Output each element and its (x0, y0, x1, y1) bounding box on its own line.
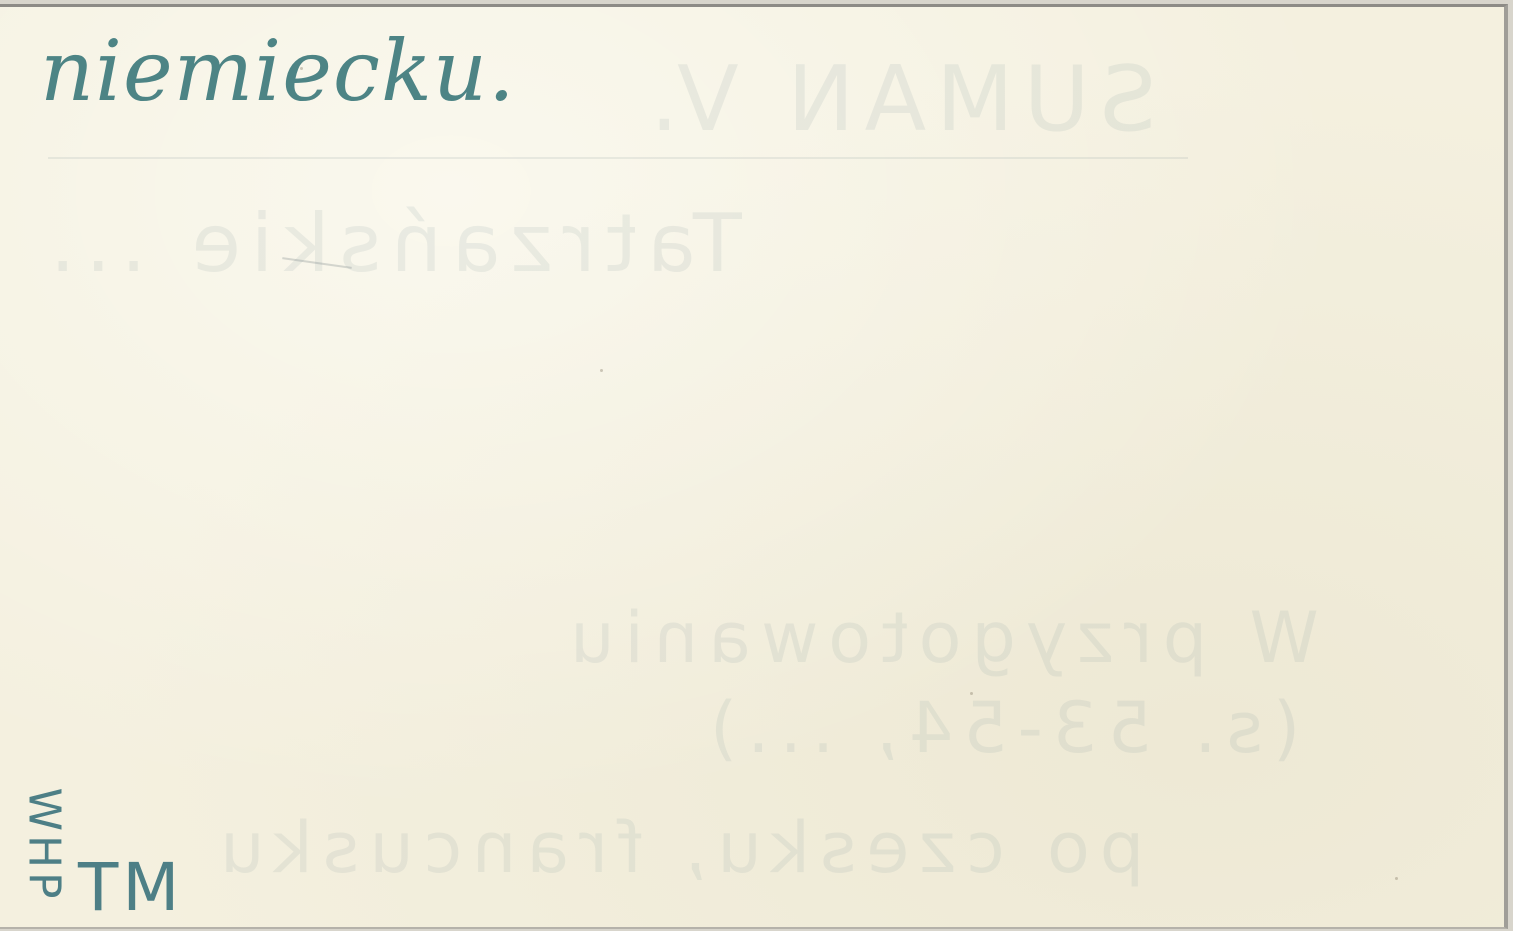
ghost-line-6: (s. 53-54, ...) (700, 687, 1300, 769)
paper-speck (970, 692, 973, 695)
paper-speck (1395, 877, 1398, 880)
ghost-rule-line (48, 157, 1188, 159)
marginal-initials: TM (78, 855, 183, 921)
paper-scratch (282, 257, 352, 269)
ghost-line-5: W przygotowaniu (560, 597, 1319, 679)
marginal-initials-vertical: WHP (14, 785, 74, 905)
handwritten-headword: niemiecku. (40, 29, 516, 113)
index-card: SUMAN V. Tatrzańskie ... W przygotowaniu… (0, 4, 1508, 929)
ghost-line-7: po czesku, francusku (210, 807, 1144, 889)
ghost-line-2: Tatrzańskie ... (40, 197, 742, 290)
initials-whp: WHP (19, 787, 70, 902)
ghost-line-1: SUMAN V. (640, 47, 1157, 152)
paper-speck (600, 369, 603, 372)
